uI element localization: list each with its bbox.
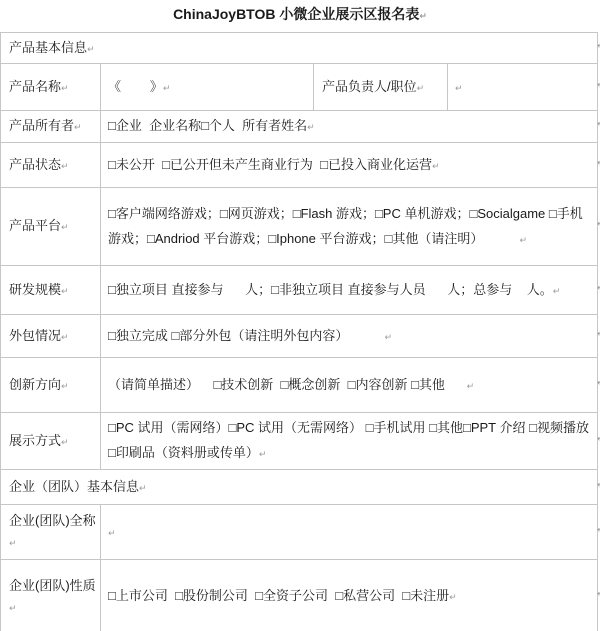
field-label-text: 产品平台 <box>9 218 61 233</box>
form-title-text: ChinaJoyBTOB 小微企业展示区报名表 <box>173 6 419 22</box>
product-platform-field[interactable]: □客户端网络游戏；□网页游戏；□Flash 游戏；□PC 单机游戏；□Socia… <box>101 188 598 266</box>
field-label: 产品名称↵ <box>1 64 101 111</box>
table-row: 创新方向↵ （请简单描述） □技术创新 □概念创新 □内容创新 □其他 ↵ <box>1 358 598 413</box>
table-row: 企业（团队）基本信息↵ <box>1 470 598 505</box>
field-label-text: 产品状态 <box>9 157 61 172</box>
section-header: 企业（团队）基本信息↵ <box>1 470 598 505</box>
field-label-text: 产品负责人/职位 <box>322 79 417 94</box>
table-row: 企业(团队)性质↵ □上市公司 □股份制公司 □全资子公司 □私营公司 □未注册… <box>1 560 598 631</box>
paragraph-mark-icon: ↵ <box>87 44 95 54</box>
paragraph-mark-icon: ↵ <box>61 286 69 296</box>
section-header: 产品基本信息↵ <box>1 33 598 64</box>
field-label: 产品负责人/职位↵ <box>314 64 448 111</box>
outsourcing-field[interactable]: □独立完成 □部分外包（请注明外包内容） ↵ <box>101 315 598 358</box>
paragraph-mark-icon: ↵ <box>467 381 475 391</box>
paragraph-mark-icon: ↵ <box>74 122 82 132</box>
field-label-text: 企业(团队)性质 <box>9 578 96 593</box>
demo-method-field[interactable]: □PC 试用（需网络）□PC 试用（无需网络） □手机试用 □其他□PPT 介绍… <box>101 413 598 470</box>
field-label-text: 创新方向 <box>9 377 61 392</box>
paragraph-mark-icon: ↵ <box>449 592 457 602</box>
field-value-text: □未公开 □已公开但未产生商业行为 □已投入商业化运营 <box>108 157 432 172</box>
table-row: 产品平台↵ □客户端网络游戏；□网页游戏；□Flash 游戏；□PC 单机游戏；… <box>1 188 598 266</box>
paragraph-mark-icon: ↵ <box>9 603 17 613</box>
paragraph-mark-icon: ↵ <box>307 122 315 132</box>
paragraph-mark-icon: ↵ <box>61 222 69 232</box>
paragraph-mark-icon: ↵ <box>553 286 561 296</box>
table-row: 企业(团队)全称↵ ↵ <box>1 505 598 560</box>
paragraph-mark-icon: ↵ <box>61 332 69 342</box>
table-row: 研发规模↵ □独立项目 直接参与 人；□非独立项目 直接参与人员 人；总参与 人… <box>1 266 598 315</box>
field-label: 产品状态↵ <box>1 143 101 188</box>
field-label: 创新方向↵ <box>1 358 101 413</box>
innovation-field[interactable]: （请简单描述） □技术创新 □概念创新 □内容创新 □其他 ↵ <box>101 358 598 413</box>
paragraph-mark-icon: ↵ <box>384 332 392 342</box>
paragraph-mark-icon: ↵ <box>455 83 463 93</box>
field-label-text: 产品所有者 <box>9 118 74 133</box>
field-value-text: □独立完成 □部分外包（请注明外包内容） <box>108 328 384 343</box>
paragraph-mark-icon: ↵ <box>61 381 69 391</box>
product-status-field[interactable]: □未公开 □已公开但未产生商业行为 □已投入商业化运营↵ <box>101 143 598 188</box>
field-value-text: □企业 企业名称□个人 所有者姓名 <box>108 118 307 133</box>
paragraph-mark-icon: ↵ <box>9 538 17 548</box>
table-row: 产品状态↵ □未公开 □已公开但未产生商业行为 □已投入商业化运营↵ <box>1 143 598 188</box>
table-row: 外包情况↵ □独立完成 □部分外包（请注明外包内容） ↵ <box>1 315 598 358</box>
product-owner-field[interactable]: □企业 企业名称□个人 所有者姓名↵ <box>101 111 598 143</box>
field-label: 产品所有者↵ <box>1 111 101 143</box>
field-label: 产品平台↵ <box>1 188 101 266</box>
field-label: 研发规模↵ <box>1 266 101 315</box>
paragraph-mark-icon: ↵ <box>61 161 69 171</box>
paragraph-mark-icon: ↵ <box>417 83 425 93</box>
dev-scale-field[interactable]: □独立项目 直接参与 人；□非独立项目 直接参与人员 人；总参与 人。↵ <box>101 266 598 315</box>
paragraph-mark-icon: ↵ <box>419 11 427 21</box>
field-label-text: 产品名称 <box>9 79 61 94</box>
registration-form-table: 产品基本信息↵ 产品名称↵ 《 》↵ 产品负责人/职位↵ ↵ 产品所有者↵ □企… <box>0 32 598 631</box>
section-header-label: 企业（团队）基本信息 <box>9 479 139 494</box>
paragraph-mark-icon: ↵ <box>61 83 69 93</box>
paragraph-mark-icon: ↵ <box>108 528 116 538</box>
field-value-text: 《 》 <box>108 79 163 94</box>
form-title: ChinaJoyBTOB 小微企业展示区报名表↵ <box>0 0 600 24</box>
section-header-label: 产品基本信息 <box>9 40 87 55</box>
field-value-text: □上市公司 □股份制公司 □全资子公司 □私营公司 □未注册 <box>108 588 449 603</box>
table-row: 产品所有者↵ □企业 企业名称□个人 所有者姓名↵ <box>1 111 598 143</box>
paragraph-mark-icon: ↵ <box>519 235 527 245</box>
paragraph-mark-icon: ↵ <box>139 483 147 493</box>
table-row: 产品基本信息↵ <box>1 33 598 64</box>
table-row: 展示方式↵ □PC 试用（需网络）□PC 试用（无需网络） □手机试用 □其他□… <box>1 413 598 470</box>
table-row: 产品名称↵ 《 》↵ 产品负责人/职位↵ ↵ <box>1 64 598 111</box>
field-value-text: □PC 试用（需网络）□PC 试用（无需网络） □手机试用 □其他□PPT 介绍… <box>108 420 593 460</box>
paragraph-mark-icon: ↵ <box>61 437 69 447</box>
field-label: 企业(团队)性质↵ <box>1 560 101 631</box>
paragraph-mark-icon: ↵ <box>432 161 440 171</box>
field-label-text: 展示方式 <box>9 433 61 448</box>
product-name-field[interactable]: 《 》↵ <box>101 64 314 111</box>
paragraph-mark-icon: ↵ <box>163 83 171 93</box>
field-label: 外包情况↵ <box>1 315 101 358</box>
paragraph-mark-icon: ↵ <box>259 449 267 459</box>
company-name-field[interactable]: ↵ <box>101 505 598 560</box>
field-label: 展示方式↵ <box>1 413 101 470</box>
field-value-text: □客户端网络游戏；□网页游戏；□Flash 游戏；□PC 单机游戏；□Socia… <box>108 206 583 246</box>
field-value-text: □独立项目 直接参与 人；□非独立项目 直接参与人员 人；总参与 人。 <box>108 282 553 297</box>
company-type-field[interactable]: □上市公司 □股份制公司 □全资子公司 □私营公司 □未注册↵ <box>101 560 598 631</box>
field-label-text: 外包情况 <box>9 328 61 343</box>
field-label: 企业(团队)全称↵ <box>1 505 101 560</box>
field-label-text: 企业(团队)全称 <box>9 513 96 528</box>
field-label-text: 研发规模 <box>9 282 61 297</box>
product-manager-field[interactable]: ↵ <box>448 64 598 111</box>
field-value-text: （请简单描述） □技术创新 □概念创新 □内容创新 □其他 <box>108 377 467 392</box>
